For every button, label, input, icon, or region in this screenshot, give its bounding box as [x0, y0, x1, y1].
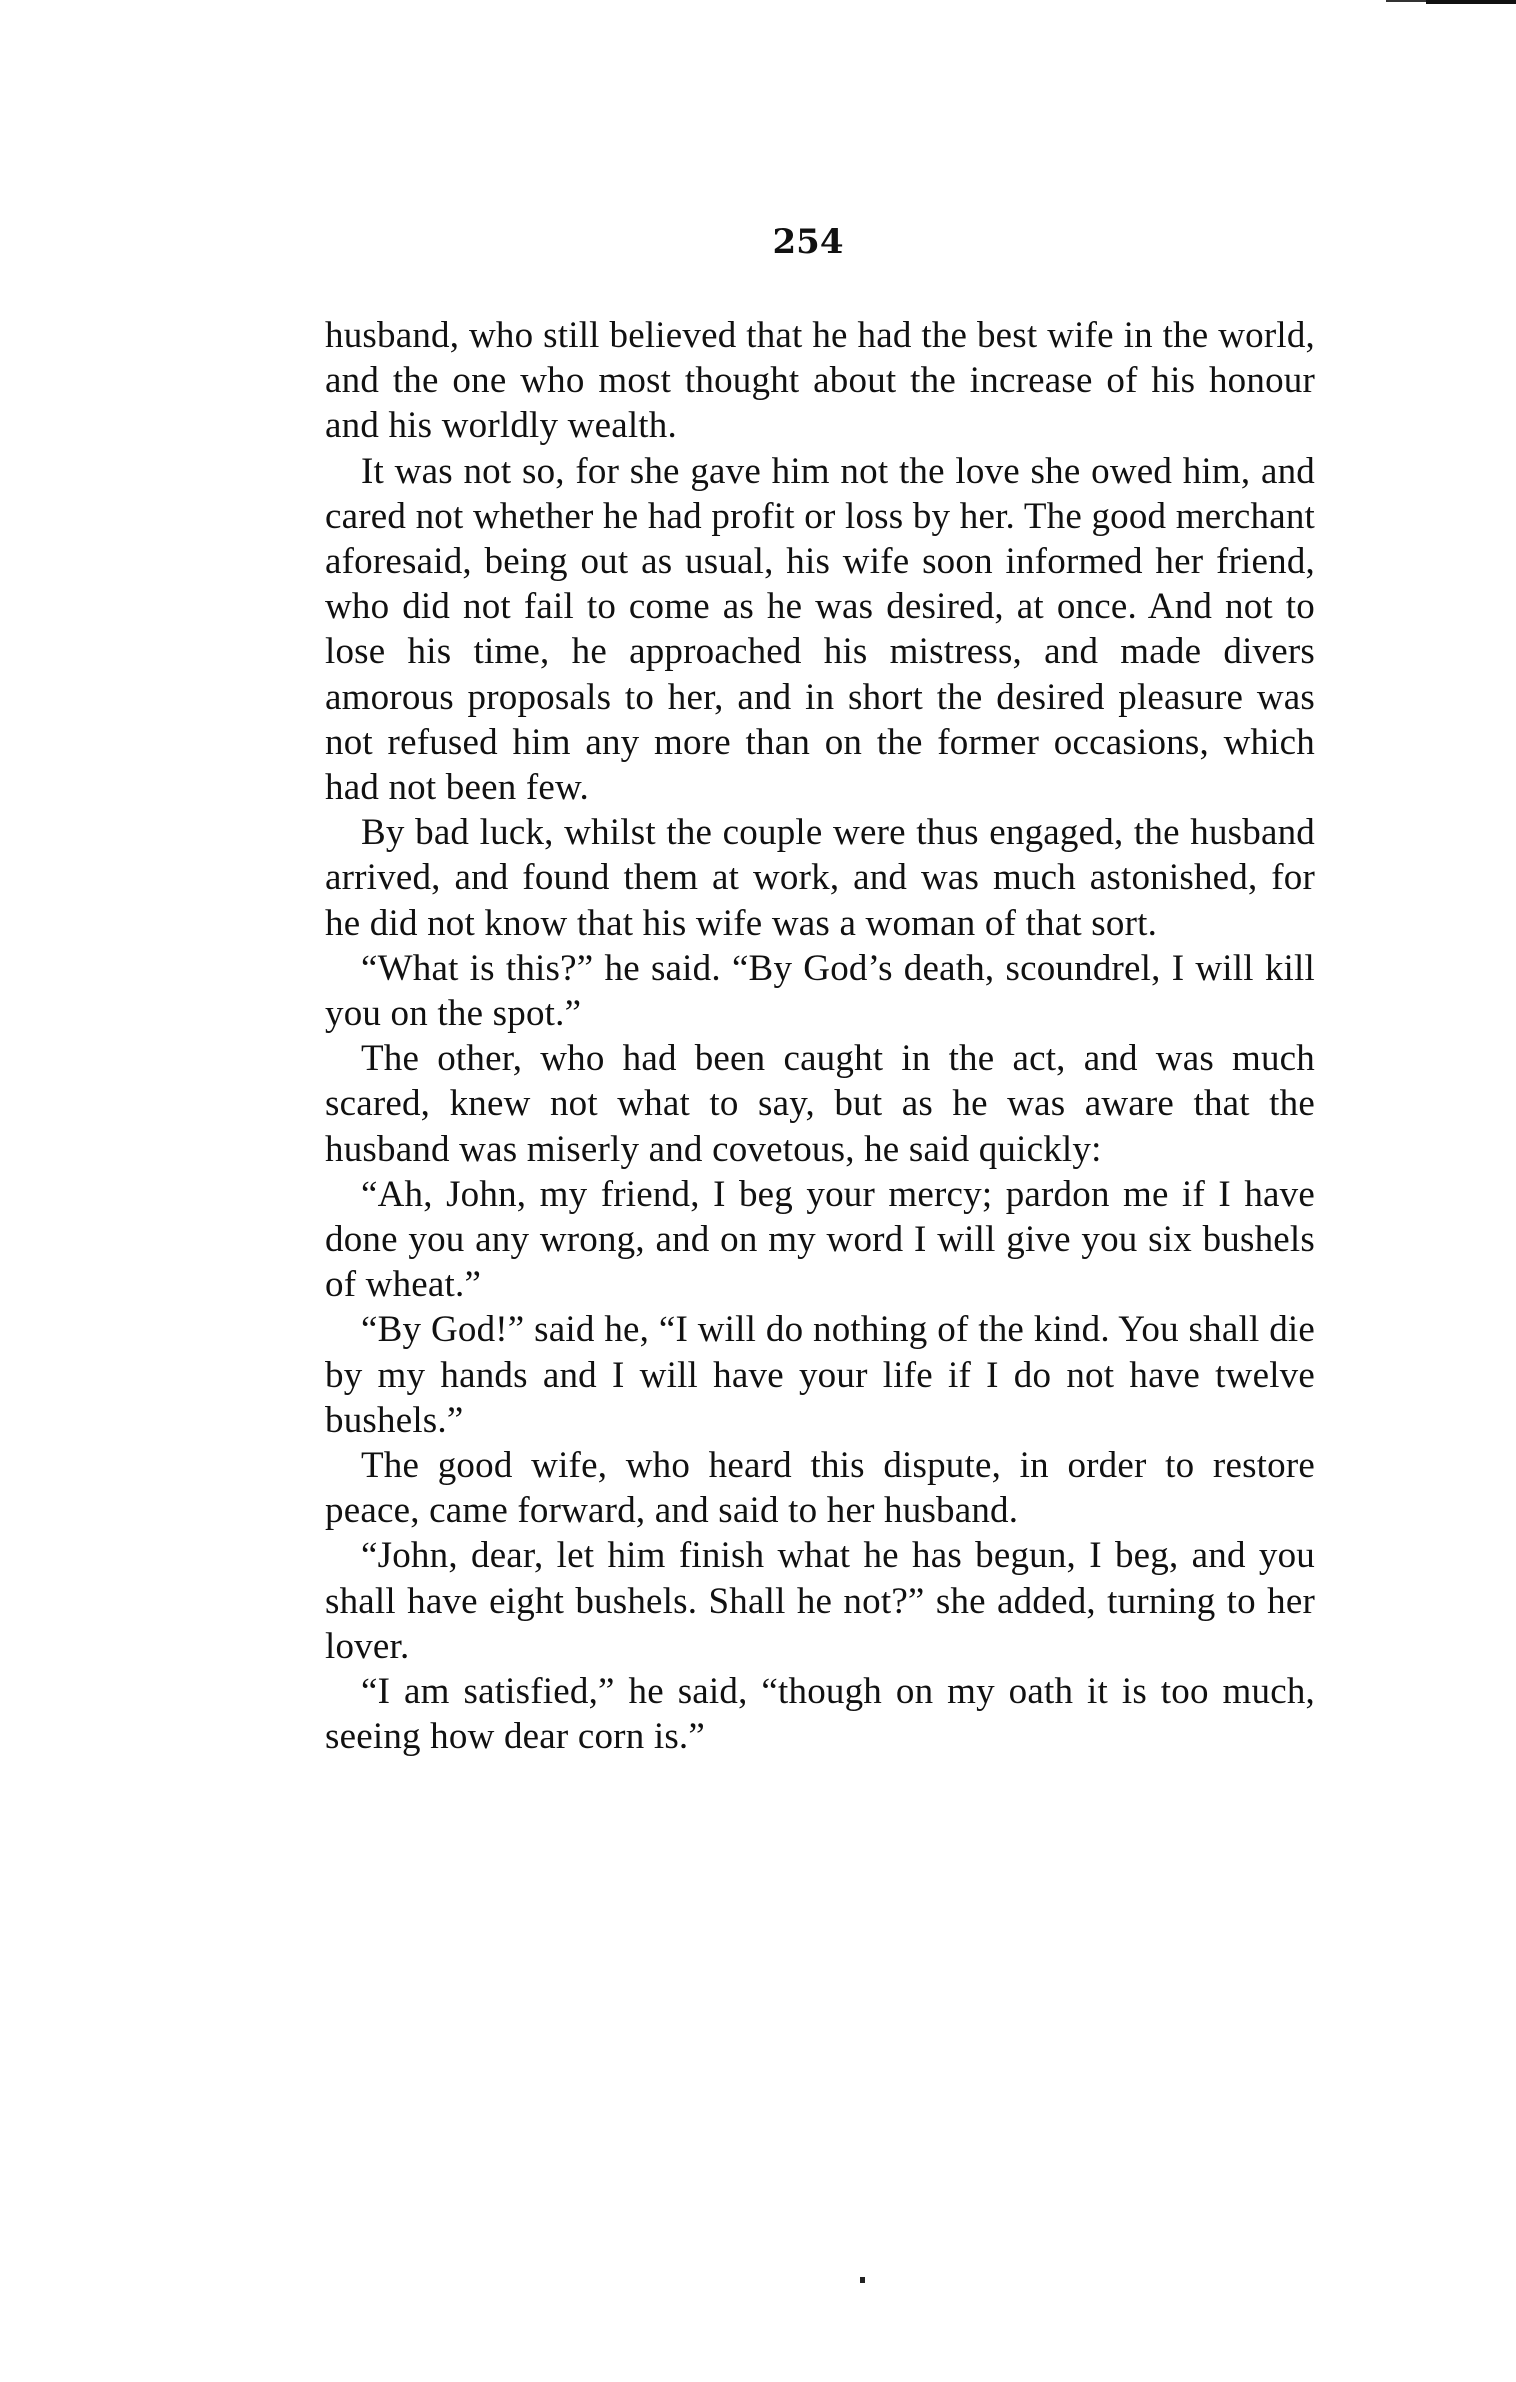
paragraph: “What is this?” he said. “By God’s death…	[325, 946, 1315, 1036]
paragraph: The good wife, who heard this dispute, i…	[325, 1443, 1315, 1533]
scan-speck	[860, 2277, 865, 2283]
paragraph: “John, dear, let him finish what he has …	[325, 1533, 1315, 1669]
paragraph: “Ah, John, my friend, I beg your mercy; …	[325, 1172, 1315, 1308]
scan-edge-mark	[1386, 0, 1426, 2]
paragraph: The other, who had been caught in the ac…	[325, 1036, 1315, 1172]
page-body: husband, who still believed that he had …	[325, 313, 1315, 1760]
paragraph: “I am satisfied,” he said, “though on my…	[325, 1669, 1315, 1759]
paragraph: “By God!” said he, “I will do nothing of…	[325, 1307, 1315, 1443]
paragraph: It was not so, for she gave him not the …	[325, 449, 1315, 811]
paragraph: By bad luck, whilst the couple were thus…	[325, 810, 1315, 946]
paragraph-continued: husband, who still believed that he had …	[325, 313, 1315, 449]
page-number: 254	[0, 222, 1516, 262]
scan-edge-mark	[1426, 0, 1516, 4]
